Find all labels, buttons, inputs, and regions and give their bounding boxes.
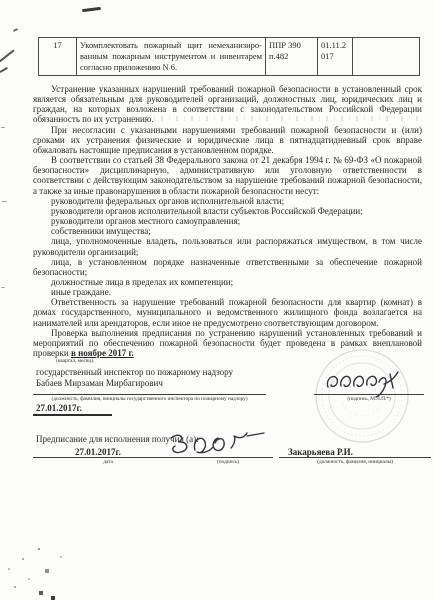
inspector-handwritten-signature-icon (318, 354, 418, 398)
cell-legal-basis: ППР 390 п.482 (266, 38, 318, 76)
received-name: Закарьяева Р.И. (288, 447, 353, 457)
cell-deadline: 01.11.2017 (318, 38, 353, 76)
inspector-signature-block: государственный инспектор по пожарному н… (33, 367, 425, 422)
inspector-date: 27.01.2017г. (36, 403, 82, 413)
document-body: Устранение указанных нарушений требовани… (33, 84, 422, 364)
pen-mark (82, 7, 101, 12)
cell-measure: Укомплектовать пожарный щит немеханизиро… (77, 38, 266, 76)
list-item: лица, в установленном порядке назначенны… (33, 257, 422, 277)
recipient-signature-block: Предписание для исполнения получил (а): … (33, 434, 431, 474)
scan-noise-specks (38, 548, 40, 550)
pen-mark (0, 49, 14, 62)
pen-mark (2, 201, 7, 202)
list-item: иные граждане. (33, 287, 422, 297)
inspector-name: Бабаев Мирзаман Мирбагирович (36, 378, 163, 388)
received-date-hint: дата (63, 459, 153, 465)
list-item: руководители органов исполнительной влас… (33, 206, 422, 216)
date-underline (33, 414, 112, 416)
cell-note (353, 38, 420, 76)
received-name-hint: (должность, фамилия, инициалы) (279, 459, 431, 465)
inspector-name-hint: (должность, фамилия, инициалы государств… (33, 396, 266, 402)
pen-mark (0, 67, 8, 73)
violations-table: 17 Укомплектовать пожарный щит немеханиз… (38, 37, 420, 76)
list-item: руководители федеральных органов исполни… (33, 196, 422, 206)
pen-mark (1, 127, 5, 128)
signature-line (279, 457, 431, 458)
list-item: лица, уполномоченные владеть, пользовать… (33, 236, 422, 256)
recipient-handwritten-signature-icon (163, 430, 268, 464)
received-date: 27.01.2017г. (75, 447, 121, 457)
paragraph: Устранение указанных нарушений требовани… (33, 84, 422, 125)
scanned-prescription-document: 17 Укомплектовать пожарный щит немеханиз… (0, 0, 435, 600)
paragraph: В соответствии со статьей 38 Федеральног… (33, 155, 422, 196)
list-item: собственники имущества; (33, 226, 422, 236)
table-row: 17 Укомплектовать пожарный щит немеханиз… (39, 38, 420, 76)
list-item: руководители органов местного самоуправл… (33, 216, 422, 226)
cell-row-number: 17 (39, 38, 77, 76)
paragraph: При несогласии с указанными нарушениями … (33, 125, 422, 155)
signature-line (33, 394, 266, 395)
pen-mark (13, 28, 18, 32)
pen-mark (1, 287, 5, 288)
list-item: должностные лица в пределах их компетенц… (33, 277, 422, 287)
check-date: в ноябре 2017 г. (71, 348, 134, 358)
inspector-title: государственный инспектор по пожарному н… (36, 367, 233, 377)
paragraph: Ответственность за нарушение требований … (33, 297, 422, 327)
